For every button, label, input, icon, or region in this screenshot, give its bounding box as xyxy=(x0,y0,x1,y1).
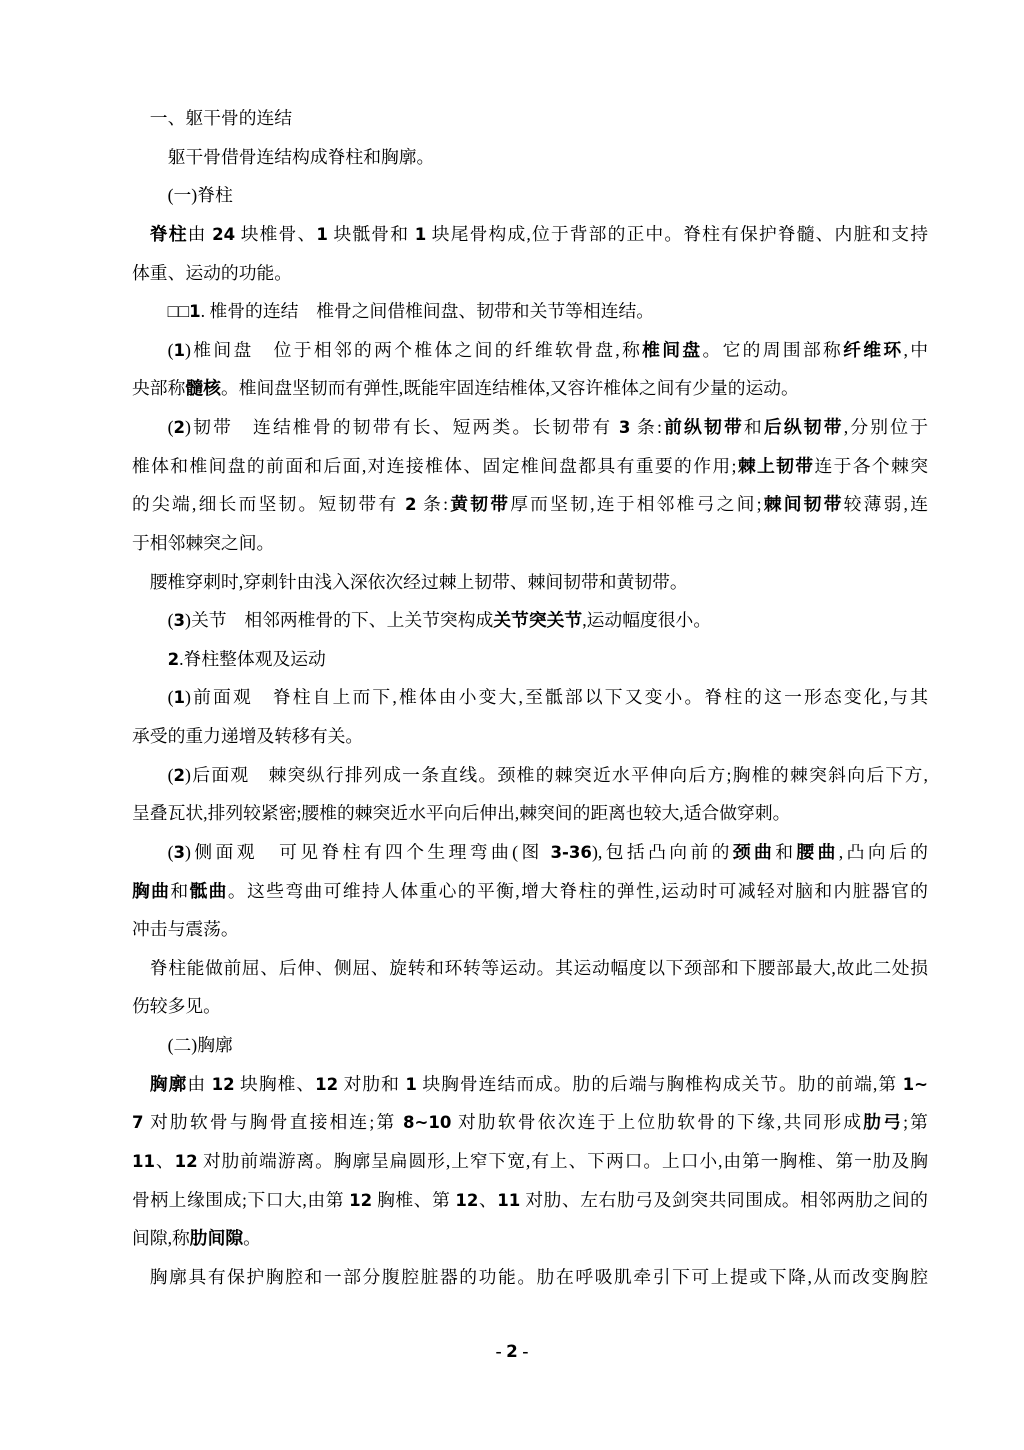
numeral: 8~10 xyxy=(403,1113,451,1132)
text-line: (3)关节相邻两椎骨的下、上关节突构成关节突关节,运动幅度很小。 xyxy=(132,601,928,640)
numeral: 2 xyxy=(174,766,186,785)
text-line: (3)侧面观可见脊柱有四个生理弯曲(图 3-36),包括凸向前的颈曲和腰曲,凸向… xyxy=(132,833,928,872)
numeral: 3-36 xyxy=(551,843,592,862)
text-line: (1)椎间盘位于相邻的两个椎体之间的纤维软骨盘,称椎间盘。它的周围部称纤维环,中 xyxy=(132,331,928,370)
bold-term: 腰曲 xyxy=(796,842,838,862)
text-line: 间隙,称肋间隙。 xyxy=(132,1219,928,1258)
text-line: 骨柄上缘围成;下口大,由第 12 胸椎、第 12、11 对肋、左右肋弓及剑突共同… xyxy=(132,1181,928,1220)
numeral: 1 xyxy=(189,302,201,321)
page-footer: - 2 - xyxy=(0,1341,1024,1362)
text-line: 胸廓由 12 块胸椎、12 对肋和 1 块胸骨连结而成。肋的后端与胸椎构成关节。… xyxy=(132,1065,928,1104)
text-line: 2.脊柱整体观及运动 xyxy=(132,640,928,679)
text-line: 呈叠瓦状,排列较紧密;腰椎的棘突近水平向后伸出,棘突间的距离也较大,适合做穿刺。 xyxy=(132,794,928,833)
bold-term: 棘上韧带 xyxy=(736,456,814,476)
text-line: 胸曲和骶曲。这些弯曲可维持人体重心的平衡,增大脊柱的弹性,运动时可减轻对脑和内脏… xyxy=(132,872,928,911)
numeral: 11 xyxy=(132,1152,155,1171)
text-line: 躯干骨借骨连结构成脊柱和胸廓。 xyxy=(132,138,928,177)
numeral: 12 xyxy=(212,1075,235,1094)
numeral: 7 xyxy=(132,1113,144,1132)
text-line: (二)胸廓 xyxy=(132,1026,928,1065)
numeral: 2 xyxy=(174,418,186,437)
bold-term: 棘间韧带 xyxy=(762,494,844,514)
bold-term: 前纵韧带 xyxy=(662,417,744,437)
text-line: 于相邻棘突之间。 xyxy=(132,524,928,563)
bold-term: 髓核 xyxy=(185,378,221,398)
numeral: 12 xyxy=(455,1191,478,1210)
text-line: 体重、运动的功能。 xyxy=(132,254,928,293)
text-line: 胸廓具有保护胸腔和一部分腹腔脏器的功能。肋在呼吸肌牵引下可上提或下降,从而改变胸… xyxy=(132,1258,928,1297)
page-number: - 2 - xyxy=(496,1341,529,1361)
text-line: (1)前面观脊柱自上而下,椎体由小变大,至骶部以下又变小。脊柱的这一形态变化,与… xyxy=(132,678,928,717)
document-body: 一、躯干骨的连结躯干骨借骨连结构成脊柱和胸廓。(一)脊柱脊柱由 24 块椎骨、1… xyxy=(132,99,928,1296)
numeral: 12 xyxy=(175,1152,198,1171)
numeral: 2 xyxy=(168,650,180,669)
bold-term: 肋间隙 xyxy=(190,1228,243,1248)
bold-term: 胸廓 xyxy=(150,1074,188,1094)
text-line: 脊柱能做前屈、后伸、侧屈、旋转和环转等运动。其运动幅度以下颈部和下腰部最大,故此… xyxy=(132,949,928,988)
text-line: (2)韧带连结椎骨的韧带有长、短两类。长韧带有 3 条:前纵韧带和后纵韧带,分别… xyxy=(132,408,928,447)
text-line: 腰椎穿刺时,穿刺针由浅入深依次经过棘上韧带、棘间韧带和黄韧带。 xyxy=(132,563,928,602)
bold-term: 脊柱 xyxy=(150,224,188,244)
numeral: 11 xyxy=(497,1191,520,1210)
numeral: 12 xyxy=(315,1075,338,1094)
numeral: 1 xyxy=(415,225,427,244)
bold-term: 胸曲 xyxy=(132,881,170,901)
text-line: 央部称髓核。椎间盘坚韧而有弹性,既能牢固连结椎体,又容许椎体之间有少量的运动。 xyxy=(132,369,928,408)
numeral: 1 xyxy=(174,688,186,707)
bold-term: 骶曲 xyxy=(190,881,228,901)
text-line: 椎体和椎间盘的前面和后面,对连接椎体、固定椎间盘都具有重要的作用;棘上韧带连于各… xyxy=(132,447,928,486)
numeral: 24 xyxy=(212,225,235,244)
numeral: 3 xyxy=(619,418,631,437)
text-line: 伤较多见。 xyxy=(132,987,928,1026)
text-line: 的尖端,细长而坚韧。短韧带有 2 条:黄韧带厚而坚韧,连于相邻椎弓之间;棘间韧带… xyxy=(132,485,928,524)
text-line: 冲击与震荡。 xyxy=(132,910,928,949)
bold-term: 黄韧带 xyxy=(448,494,510,514)
bold-term: 后纵韧带 xyxy=(764,417,844,437)
text-line: (一)脊柱 xyxy=(132,176,928,215)
bold-term: 肋弓 xyxy=(863,1112,903,1132)
text-line: 承受的重力递增及转移有关。 xyxy=(132,717,928,756)
numeral: 1 xyxy=(174,341,186,360)
numeral: 1 xyxy=(316,225,328,244)
text-line: 一、躯干骨的连结 xyxy=(132,99,928,138)
numeral: 12 xyxy=(349,1191,372,1210)
bold-term: 纤维环 xyxy=(843,340,903,360)
text-line: (2)后面观棘突纵行排列成一条直线。颈椎的棘突近水平伸向后方;胸椎的棘突斜向后下… xyxy=(132,756,928,795)
numeral: 2 xyxy=(506,1341,518,1361)
bold-term: 颈曲 xyxy=(733,842,775,862)
numeral: 3 xyxy=(174,843,186,862)
numeral: 3 xyxy=(174,611,186,630)
numeral: 1 xyxy=(405,1075,417,1094)
text-line: 7 对肋软骨与胸骨直接相连;第 8~10 对肋软骨依次连于上位肋软骨的下缘,共同… xyxy=(132,1103,928,1142)
numeral: 2 xyxy=(405,495,417,514)
bold-term: 关节突关节 xyxy=(493,610,582,630)
text-line: 11、12 对肋前端游离。胸廓呈扁圆形,上窄下宽,有上、下两口。上口小,由第一胸… xyxy=(132,1142,928,1181)
bold-term: 椎间盘 xyxy=(642,340,702,360)
text-line: 脊柱由 24 块椎骨、1 块骶骨和 1 块尾骨构成,位于背部的正中。脊柱有保护脊… xyxy=(132,215,928,254)
numeral: 1~ xyxy=(903,1075,928,1094)
text-line: □□1. 椎骨的连结椎骨之间借椎间盘、韧带和关节等相连结。 xyxy=(132,292,928,331)
